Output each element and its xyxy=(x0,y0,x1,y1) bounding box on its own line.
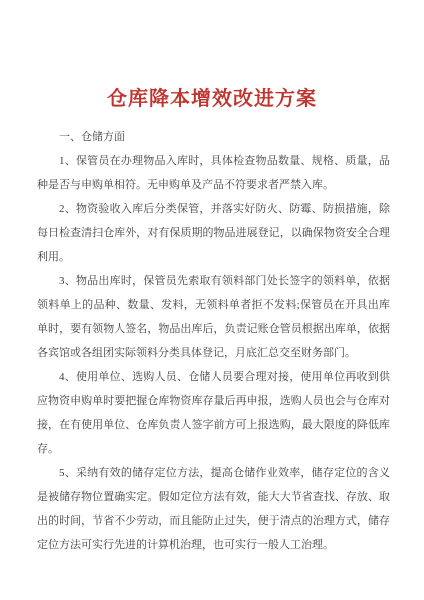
document-title: 仓库降本增效改进方案 xyxy=(0,86,424,112)
paragraph-1: 1、保管员在办理物品入库时，具体检查物品数量、规格、质量，品种是否与申购单相符。… xyxy=(37,149,390,197)
paragraph-5: 5、采纳有效的储存定位方法，提高仓储作业效率，储存定位的含义是被储存物位置确实定… xyxy=(37,461,390,557)
paragraph-2: 2、物资验收入库后分类保管，并落实好防火、防霉、防损措施，除每日检查清扫仓库外，… xyxy=(37,197,390,269)
section-heading: 一、仓储方面 xyxy=(37,125,390,149)
document-page: 仓库降本增效改进方案 一、仓储方面 1、保管员在办理物品入库时，具体检查物品数量… xyxy=(0,0,424,600)
document-body: 一、仓储方面 1、保管员在办理物品入库时，具体检查物品数量、规格、质量，品种是否… xyxy=(0,125,424,557)
paragraph-4: 4、使用单位、选购人员、仓储人员要合理对接，使用单位再收到供应物资申购单时要把握… xyxy=(37,365,390,461)
paragraph-3: 3、物品出库时，保管员先索取有领料部门处长签字的领料单，依据领料单上的品种、数量… xyxy=(37,269,390,365)
